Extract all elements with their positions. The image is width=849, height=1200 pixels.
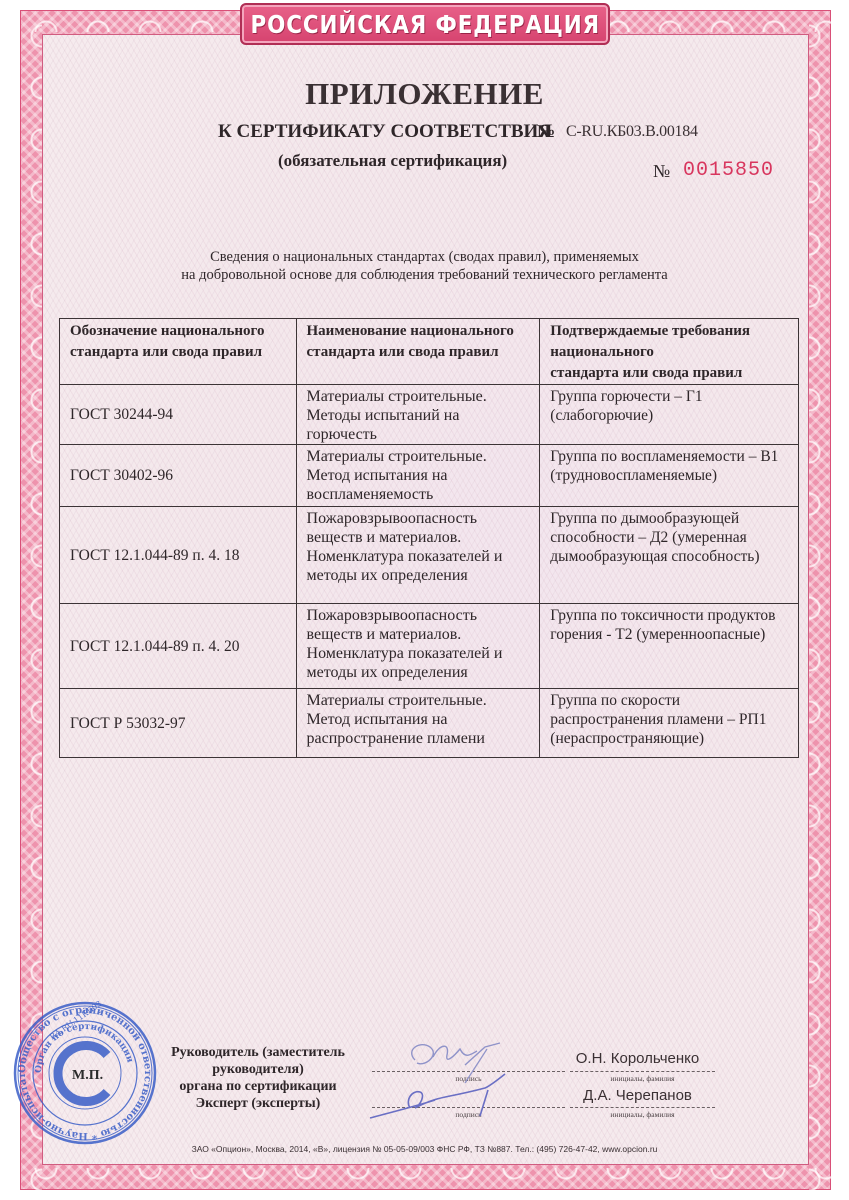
expert-name-line (570, 1107, 715, 1108)
standard-name-line: Методы испытаний на (307, 406, 530, 425)
head-name: О.Н. Корольченко (565, 1050, 710, 1067)
standards-table: Обозначение национальногостандарта или с… (59, 318, 799, 758)
confirmed-requirement: Группа по скоростираспространения пламен… (540, 689, 799, 758)
confirmed-requirement-line: Группа по скорости (550, 691, 788, 710)
header-line: Обозначение национального (70, 321, 286, 342)
mandatory-certification-note: (обязательная сертификация) (278, 151, 507, 171)
standard-name-line: веществ и материалов. (307, 528, 530, 547)
standard-name: Материалы строительные.Метод испытания н… (296, 445, 540, 507)
confirmed-requirement-line: распространения пламени – РП1 (550, 710, 788, 729)
standard-name-line: методы их определения (307, 663, 530, 682)
standard-name-line: веществ и материалов. (307, 625, 530, 644)
standard-code: ГОСТ 12.1.044-89 п. 4. 18 (60, 507, 297, 604)
certificate-number-sign: № (537, 121, 555, 142)
confirmed-requirement-line: Группа по токсичности продуктов (550, 606, 788, 625)
standard-name: Пожаровзрывоопасностьвеществ и материало… (296, 604, 540, 689)
printer-imprint: ЗАО «Опцион», Москва, 2014, «В», лицензи… (0, 1144, 849, 1154)
certificate-number: C-RU.КБ03.В.00184 (566, 123, 698, 141)
confirmed-requirement-line: Группа по воспламеняемости – В1 (550, 447, 788, 466)
standard-name-line: Материалы строительные. (307, 691, 530, 710)
standard-name: Материалы строительные.Метод испытания н… (296, 689, 540, 758)
standard-name-line: Метод испытания на (307, 710, 530, 729)
standard-name-line: горючесть (307, 425, 530, 444)
standard-name-line: Материалы строительные. (307, 387, 530, 406)
standard-name-line: воспламеняемость (307, 485, 530, 504)
confirmed-requirement-line: (трудновоспламеняемые) (550, 466, 788, 485)
confirmed-requirement-line: (слабогорючие) (550, 406, 788, 425)
confirmed-requirement: Группа по дымообразующейспособности – Д2… (540, 507, 799, 604)
standard-name-line: методы их определения (307, 566, 530, 585)
stamp-seal-place: М.П. (72, 1068, 103, 1083)
table-row: ГОСТ 12.1.044-89 п. 4. 20Пожаровзрывоопа… (60, 604, 799, 689)
header-line: Подтверждаемые требования (550, 321, 788, 342)
expert-name: Д.А. Черепанов (565, 1087, 710, 1104)
head-name-line (570, 1071, 715, 1072)
confirmed-requirement: Группа по воспламеняемости – В1(трудново… (540, 445, 799, 507)
header-line: стандарта или свода правил (550, 363, 788, 384)
country-banner-text: РОССИЙСКАЯ ФЕДЕРАЦИЯ (250, 10, 600, 39)
header-line: стандарта или свода правил (307, 342, 530, 363)
confirmed-requirement-line: Группа горючести – Г1 (550, 387, 788, 406)
certification-body-stamp: Общество с ограниченной ответственностью… (12, 1000, 158, 1146)
confirmed-requirement: Группа по токсичности продуктовгорения -… (540, 604, 799, 689)
intro-line-2: на добровольной основе для соблюдения тр… (0, 266, 849, 284)
confirmed-requirement: Группа горючести – Г1(слабогорючие) (540, 385, 799, 445)
standard-name-line: распространение пламени (307, 729, 530, 748)
standard-code: ГОСТ 30402-96 (60, 445, 297, 507)
confirmed-requirement-line: дымообразующая способность) (550, 547, 788, 566)
expert-name-caption: инициалы, фамилия (570, 1110, 715, 1119)
confirmed-requirement-line: горения - Т2 (умеренноопасные) (550, 625, 788, 644)
header-requirements: Подтверждаемые требованиянациональногост… (540, 319, 799, 385)
standard-name-line: Метод испытания на (307, 466, 530, 485)
head-role-line-1: Руководитель (заместитель руководителя) (133, 1044, 383, 1078)
header-standard-code: Обозначение национальногостандарта или с… (60, 319, 297, 385)
header-line: Наименование национального (307, 321, 530, 342)
intro-line-1: Сведения о национальных стандартах (свод… (0, 248, 849, 266)
standard-code: ГОСТ Р 53032-97 (60, 689, 297, 758)
serial-number: 0015850 (683, 159, 774, 182)
expert-role: Эксперт (эксперты) (133, 1096, 383, 1112)
table-row: ГОСТ 30402-96Материалы строительные.Мето… (60, 445, 799, 507)
table-row: ГОСТ 12.1.044-89 п. 4. 18Пожаровзрывоопа… (60, 507, 799, 604)
header-line: стандарта или свода правил (70, 342, 286, 363)
standard-code: ГОСТ 12.1.044-89 п. 4. 20 (60, 604, 297, 689)
standard-name-line: Материалы строительные. (307, 447, 530, 466)
expert-signature (360, 1070, 510, 1125)
confirmed-requirement-line: Группа по дымообразующей (550, 509, 788, 528)
standard-name-line: Пожаровзрывоопасность (307, 509, 530, 528)
standard-name-line: Номенклатура показателей и (307, 644, 530, 663)
standard-name: Пожаровзрывоопасностьвеществ и материало… (296, 507, 540, 604)
serial-number-sign: № (653, 161, 670, 182)
table-row: ГОСТ 30244-94Материалы строительные.Мето… (60, 385, 799, 445)
standard-name-line: Пожаровзрывоопасность (307, 606, 530, 625)
header-standard-name: Наименование национальногостандарта или … (296, 319, 540, 385)
country-banner: РОССИЙСКАЯ ФЕДЕРАЦИЯ (240, 3, 610, 45)
standard-name-line: Номенклатура показателей и (307, 547, 530, 566)
standard-code: ГОСТ 30244-94 (60, 385, 297, 445)
intro-text: Сведения о национальных стандартах (свод… (0, 248, 849, 284)
standard-name: Материалы строительные.Методы испытаний … (296, 385, 540, 445)
header-line: национального (550, 342, 788, 363)
confirmed-requirement-line: способности – Д2 (умеренная (550, 528, 788, 547)
table-header-row: Обозначение национальногостандарта или с… (60, 319, 799, 385)
table-row: ГОСТ Р 53032-97Материалы строительные.Ме… (60, 689, 799, 758)
head-role-line-2: органа по сертификации (133, 1078, 383, 1095)
certificate-subtitle: К СЕРТИФИКАТУ СООТВЕТСТВИЯ (218, 121, 552, 143)
head-role: Руководитель (заместитель руководителя) … (133, 1044, 383, 1095)
confirmed-requirement-line: (нераспространяющие) (550, 729, 788, 748)
head-name-caption: инициалы, фамилия (570, 1074, 715, 1083)
document-title: ПРИЛОЖЕНИЕ (0, 76, 849, 112)
